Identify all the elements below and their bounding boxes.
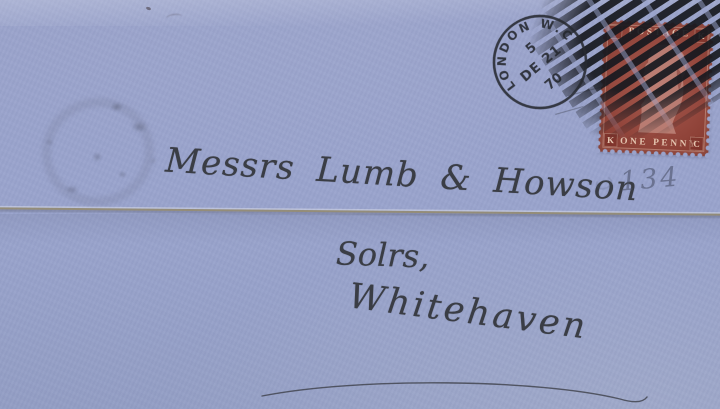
postmark-year: 70 bbox=[542, 70, 566, 93]
stamp-corner-letter-bottom-right: C bbox=[689, 137, 704, 152]
pencil-catalogue-number: 134 bbox=[619, 161, 682, 197]
envelope-cover: POSTAGE ONE PENNY K K C LONDON W.C 5 DE … bbox=[0, 0, 720, 409]
flourish-stroke bbox=[262, 383, 647, 402]
underline-flourish-icon bbox=[248, 370, 668, 408]
postmark-smudge-speckles bbox=[30, 92, 170, 217]
address-line-occupation: Solrs, bbox=[335, 234, 430, 275]
